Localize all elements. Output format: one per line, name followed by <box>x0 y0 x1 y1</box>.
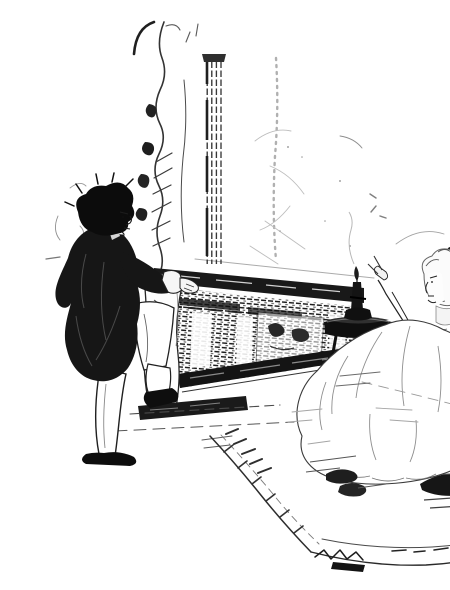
illustration: Drawing-room scene, pen-and-ink illustra… <box>40 16 450 574</box>
illustration-canvas: Drawing-room scene, pen-and-ink illustra… <box>40 16 450 574</box>
